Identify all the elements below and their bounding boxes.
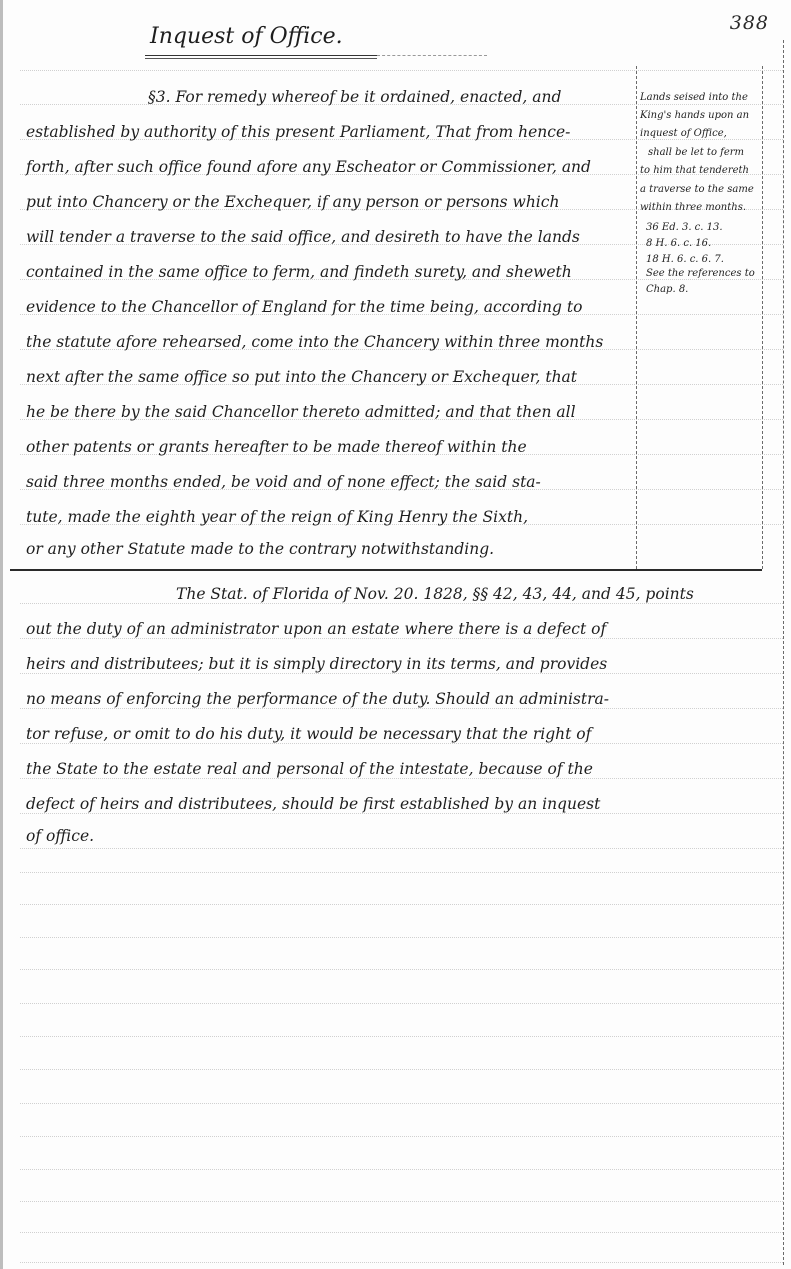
margin-note-line: Lands seised into the [640,92,748,103]
text-line: established by authority of this present… [26,123,570,141]
text-line: will tender a traverse to the said offic… [26,228,580,246]
text-line: tor refuse, or omit to do his duty, it w… [26,725,591,743]
margin-note-line: within three months. [640,202,746,213]
margin-note-line: a traverse to the same [640,184,754,195]
text-line: contained in the same office to ferm, an… [26,263,572,281]
text-line: other patents or grants hereafter to be … [26,438,527,456]
page-right-rule [783,40,784,1265]
citation: 36 Ed. 3. c. 13. [646,222,723,233]
margin-note-line: See the references to [646,268,755,279]
citation: 18 H. 6. c. 6. 7. [646,254,724,265]
text-line: forth, after such office found afore any… [26,158,591,176]
page-number: 388 [730,12,769,34]
margin-note-line: to him that tendereth [640,165,749,176]
text-line: evidence to the Chancellor of England fo… [26,298,582,316]
margin-column-left-border [636,66,637,569]
text-line: of office. [26,827,94,845]
section-divider [10,569,762,571]
title-underline [145,55,377,56]
text-line: put into Chancery or the Exchequer, if a… [26,193,559,211]
page-edge [0,0,3,1269]
page-title: Inquest of Office. [150,24,343,49]
text-line: no means of enforcing the performance of… [26,690,609,708]
title-trailing-rule [377,55,487,56]
text-line: next after the same office so put into t… [26,368,577,386]
text-line: or any other Statute made to the contrar… [26,540,494,558]
text-line: The Stat. of Florida of Nov. 20. 1828, §… [176,585,694,603]
text-line: said three months ended, be void and of … [26,473,541,491]
manuscript-page: 388 Inquest of Office. §3. For remedy wh… [0,0,791,1269]
text-line: heirs and distributees; but it is simply… [26,655,607,673]
margin-column-right-border [762,66,763,569]
title-underline-second [145,58,377,59]
text-line: out the duty of an administrator upon an… [26,620,606,638]
text-line: defect of heirs and distributees, should… [26,795,600,813]
margin-note-line: inquest of Office, [640,128,727,139]
text-line: he be there by the said Chancellor there… [26,403,576,421]
margin-note-line: shall be let to ferm [648,147,744,158]
citation: 8 H. 6. c. 16. [646,238,711,249]
text-line: the statute afore rehearsed, come into t… [26,333,603,351]
text-line: tute, made the eighth year of the reign … [26,508,528,526]
margin-note-line: King's hands upon an [640,110,749,121]
text-line: §3. For remedy whereof be it ordained, e… [148,88,561,106]
text-line: the State to the estate real and persona… [26,760,593,778]
margin-note-line: Chap. 8. [646,284,688,295]
